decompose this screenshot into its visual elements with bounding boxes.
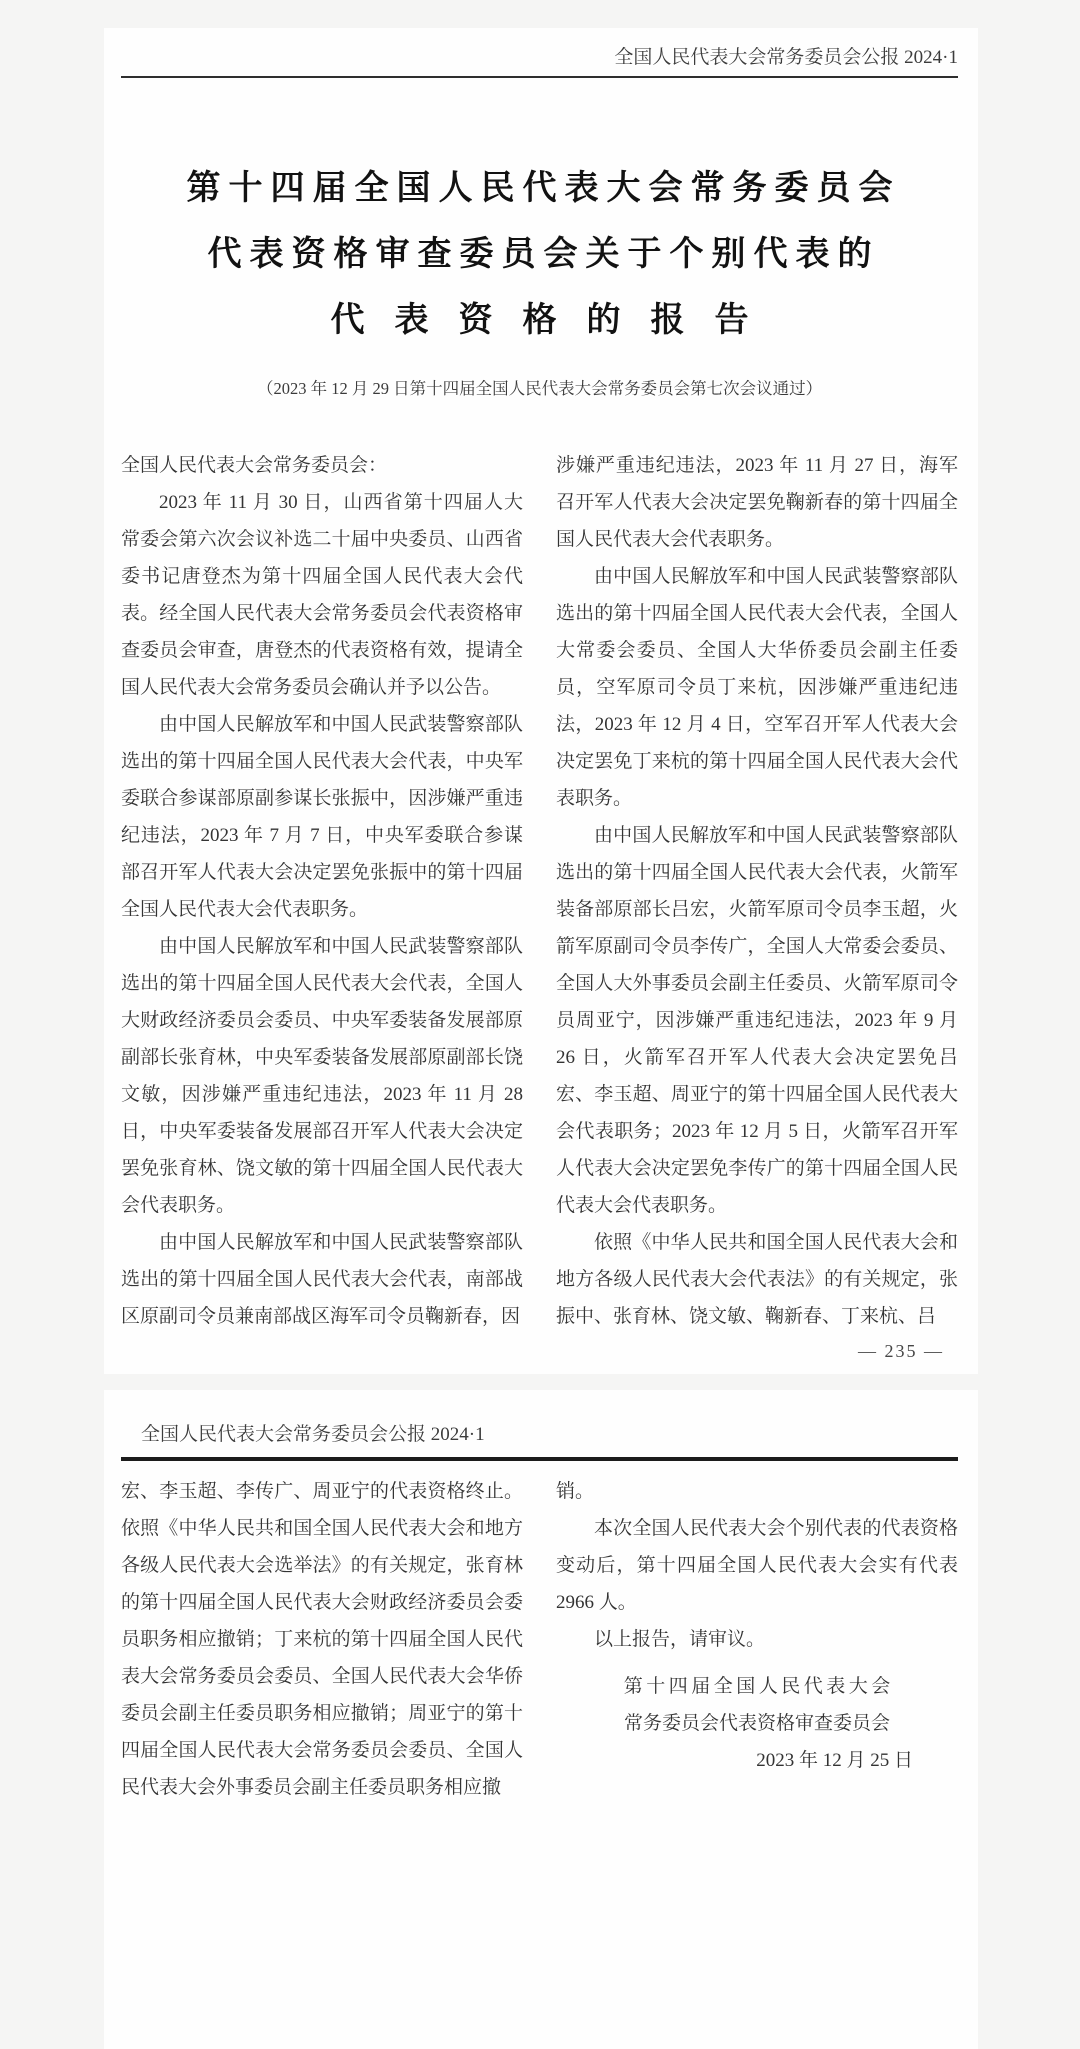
page-2-right-column: 销。 本次全国人民代表大会个别代表的代表资格变动后，第十四届全国人民代表大会实有… — [556, 1473, 958, 1806]
page-1-right-column: 涉嫌严重违纪违法，2023 年 11 月 27 日，海军召开军人代表大会决定罢免… — [556, 447, 958, 1335]
paragraph: 依照《中华人民共和国全国人民代表大会和地方各级人民代表大会代表法》的有关规定，张… — [556, 1224, 958, 1335]
report-title-line-1: 第十四届全国人民代表大会常务委员会 — [121, 156, 958, 222]
report-title-line-2: 代表资格审查委员会关于个别代表的 — [121, 222, 958, 288]
paragraph: 由中国人民解放军和中国人民武装警察部队选出的第十四届全国人民代表大会代表，南部战… — [121, 1224, 523, 1335]
page-1-left-column: 全国人民代表大会常务委员会： 2023 年 11 月 30 日，山西省第十四届人… — [121, 447, 523, 1335]
paragraph: 由中国人民解放军和中国人民武装警察部队选出的第十四届全国人民代表大会代表，火箭军… — [556, 817, 958, 1224]
page-1-columns: 全国人民代表大会常务委员会： 2023 年 11 月 30 日，山西省第十四届人… — [121, 447, 958, 1335]
signature-date: 2023 年 12 月 25 日 — [556, 1742, 958, 1779]
paragraph-continuation: 销。 — [556, 1473, 958, 1510]
report-title-line-3: 代表资格的报告 — [121, 288, 958, 354]
signature-org-line-1: 第十四届全国人民代表大会 — [556, 1668, 958, 1705]
bulletin-scan-page: { "publication": { "masthead": "全国人民代表大会… — [0, 0, 1080, 2049]
paragraph: 由中国人民解放军和中国人民武装警察部队选出的第十四届全国人民代表大会代表，中央军… — [121, 706, 523, 928]
masthead-text: 全国人民代表大会常务委员会公报 2024·1 — [614, 47, 958, 68]
paragraph: 2023 年 11 月 30 日，山西省第十四届人大常委会第六次会议补选二十届中… — [121, 484, 523, 706]
page-1-running-head: 全国人民代表大会常务委员会公报 2024·1 — [121, 28, 958, 78]
page-2-running-head: 全国人民代表大会常务委员会公报 2024·1 — [121, 1390, 958, 1461]
paragraph-continuation: 宏、李玉超、李传广、周亚宁的代表资格终止。依照《中华人民共和国全国人民代表大会和… — [121, 1473, 523, 1806]
paragraph: 本次全国人民代表大会个别代表的代表资格变动后，第十四届全国人民代表大会实有代表 … — [556, 1510, 958, 1621]
signature-block: 第十四届全国人民代表大会 常务委员会代表资格审查委员会 2023 年 12 月 … — [556, 1668, 958, 1779]
paragraph: 由中国人民解放军和中国人民武装警察部队选出的第十四届全国人民代表大会代表，全国人… — [556, 558, 958, 817]
page-number: — 235 — — [858, 1341, 944, 1362]
paragraph-continuation: 涉嫌严重违纪违法，2023 年 11 月 27 日，海军召开军人代表大会决定罢免… — [556, 447, 958, 558]
salutation: 全国人民代表大会常务委员会： — [121, 447, 523, 484]
page-1-sheet: 全国人民代表大会常务委员会公报 2024·1 第十四届全国人民代表大会常务委员会… — [104, 28, 978, 1374]
signature-org-line-2: 常务委员会代表资格审查委员会 — [556, 1705, 958, 1742]
page-2-left-column: 宏、李玉超、李传广、周亚宁的代表资格终止。依照《中华人民共和国全国人民代表大会和… — [121, 1473, 523, 1806]
page-2-sheet: 全国人民代表大会常务委员会公报 2024·1 宏、李玉超、李传广、周亚宁的代表资… — [104, 1390, 978, 2049]
paragraph: 以上报告，请审议。 — [556, 1621, 958, 1658]
page-2-content: 全国人民代表大会常务委员会公报 2024·1 宏、李玉超、李传广、周亚宁的代表资… — [104, 1390, 978, 1806]
paragraph: 由中国人民解放军和中国人民武装警察部队选出的第十四届全国人民代表大会代表，全国人… — [121, 928, 523, 1224]
page-1-content: 全国人民代表大会常务委员会公报 2024·1 第十四届全国人民代表大会常务委员会… — [104, 28, 978, 1335]
report-title: 第十四届全国人民代表大会常务委员会 代表资格审查委员会关于个别代表的 代表资格的… — [121, 156, 958, 354]
page-2-columns: 宏、李玉超、李传广、周亚宁的代表资格终止。依照《中华人民共和国全国人民代表大会和… — [121, 1473, 958, 1806]
adoption-note: （2023 年 12 月 29 日第十四届全国人民代表大会常务委员会第七次会议通… — [121, 374, 958, 404]
masthead-text: 全国人民代表大会常务委员会公报 2024·1 — [141, 1424, 485, 1445]
